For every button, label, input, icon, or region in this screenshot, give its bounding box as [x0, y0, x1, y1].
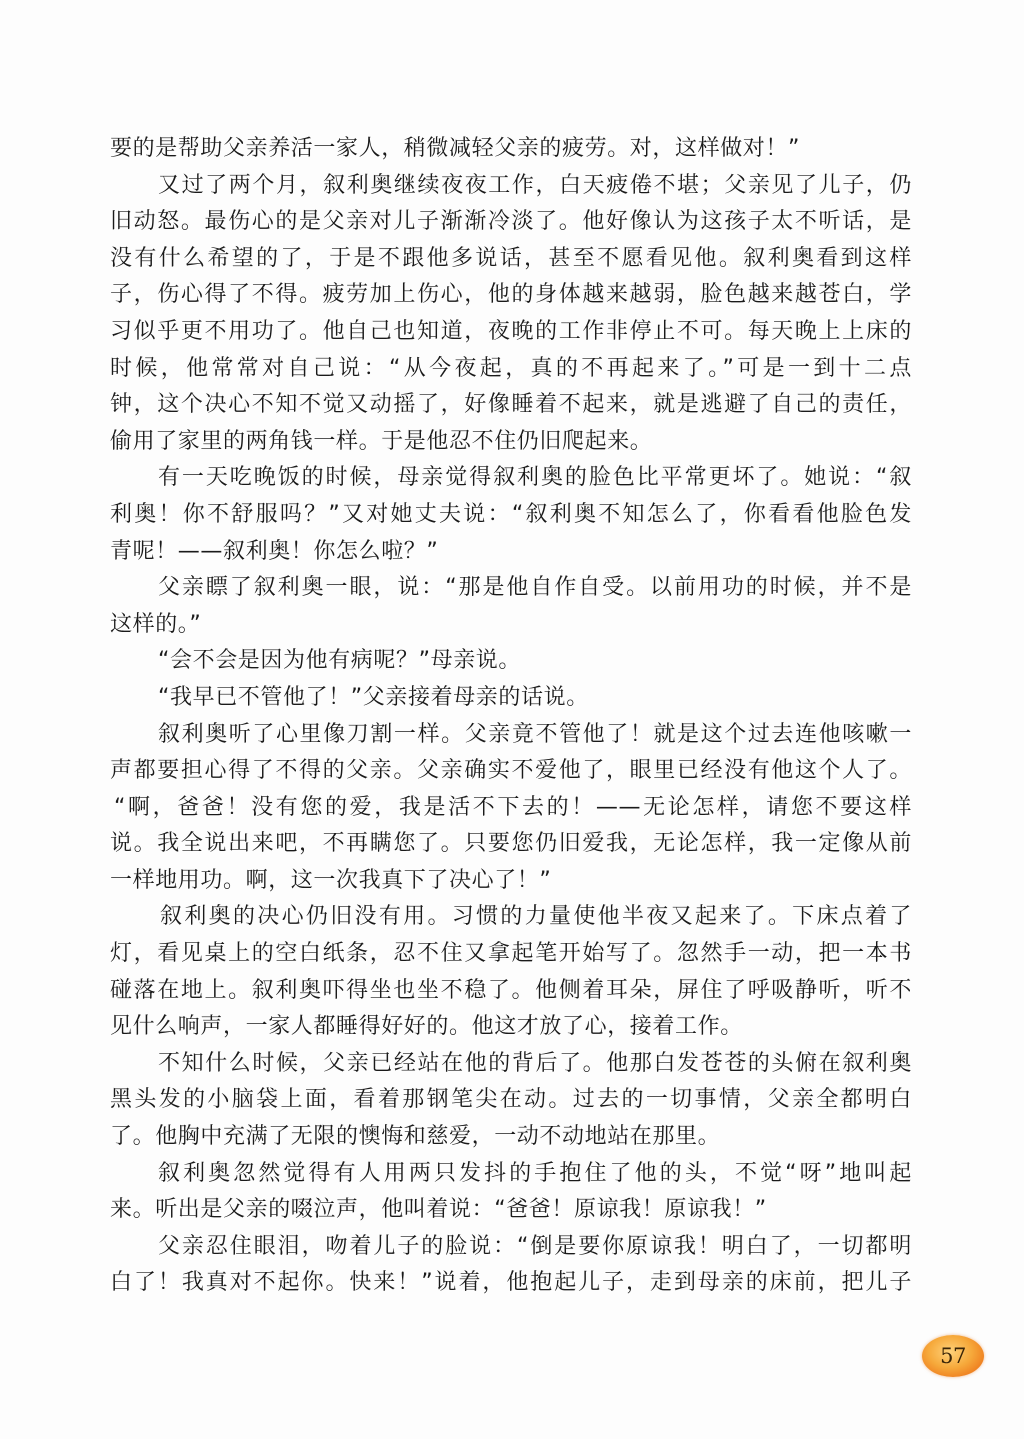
text-line: 叙利奥听了心里像刀割一样。父亲竟不管他了！就是这个过去连他咳嗽一 — [110, 717, 912, 754]
text-line: 见什么响声，一家人都睡得好好的。他这才放了心，接着工作。 — [110, 1009, 912, 1046]
text-line: 父亲瞟了叙利奥一眼，说：“那是他自作自受。以前用功的时候，并不是 — [110, 570, 912, 607]
text-line: 要的是帮助父亲养活一家人，稍微减轻父亲的疲劳。对，这样做对！” — [110, 131, 912, 168]
text-line: 灯，看见桌上的空白纸条，忍不住又拿起笔开始写了。忽然手一动，把一本书 — [110, 936, 912, 973]
text-line: 青呢！——叙利奥！你怎么啦？” — [110, 534, 912, 571]
text-line: 时候，他常常对自己说：“从今夜起，真的不再起来了。”可是一到十二点 — [110, 351, 912, 388]
text-line: 声都要担心得了不得的父亲。父亲确实不爱他了，眼里已经没有他这个人了。 — [110, 753, 912, 790]
text-line: 钟，这个决心不知不觉又动摇了，好像睡着不起来，就是逃避了自己的责任， — [110, 387, 912, 424]
text-line: 有一天吃晚饭的时候，母亲觉得叙利奥的脸色比平常更坏了。她说：“叙 — [110, 460, 912, 497]
text-line: 了。他胸中充满了无限的懊悔和慈爱，一动不动地站在那里。 — [110, 1119, 912, 1156]
text-line: 习似乎更不用功了。他自己也知道，夜晚的工作非停止不可。每天晚上上床的 — [110, 314, 912, 351]
text-line: 碰落在地上。叙利奥吓得坐也坐不稳了。他侧着耳朵，屏住了呼吸静听，听不 — [110, 973, 912, 1010]
text-line: 父亲忍住眼泪，吻着儿子的脸说：“倒是要你原谅我！明白了，一切都明 — [110, 1229, 912, 1266]
text-line: 没有什么希望的了，于是不跟他多说话，甚至不愿看见他。叙利奥看到这样 — [110, 241, 912, 278]
text-line: 叙利奥忽然觉得有人用两只发抖的手抱住了他的头，不觉“呀”地叫起 — [110, 1156, 912, 1193]
text-line: 这样的。” — [110, 607, 912, 644]
text-line: 偷用了家里的两角钱一样。于是他忍不住仍旧爬起来。 — [110, 424, 912, 461]
text-line: 说。我全说出来吧，不再瞒您了。只要您仍旧爱我，无论怎样，我一定像从前 — [110, 826, 912, 863]
body-text: 要的是帮助父亲养活一家人，稍微减轻父亲的疲劳。对，这样做对！”又过了两个月，叙利… — [110, 131, 912, 1302]
text-line: 叙利奥的决心仍旧没有用。习惯的力量使他半夜又起来了。下床点着了 — [110, 899, 912, 936]
text-line: 黑头发的小脑袋上面，看着那钢笔尖在动。过去的一切事情，父亲全都明白 — [110, 1082, 912, 1119]
text-line: 不知什么时候，父亲已经站在他的背后了。他那白发苍苍的头俯在叙利奥 — [110, 1046, 912, 1083]
page-number-badge: 57 — [922, 1335, 984, 1377]
text-line: “啊，爸爸！没有您的爱，我是活不下去的！——无论怎样，请您不要这样 — [110, 790, 912, 827]
text-line: 旧动怒。最伤心的是父亲对儿子渐渐冷淡了。他好像认为这孩子太不听话，是 — [110, 204, 912, 241]
text-line: “我早已不管他了！”父亲接着母亲的话说。 — [110, 680, 912, 717]
text-line: 又过了两个月，叙利奥继续夜夜工作，白天疲倦不堪；父亲见了儿子，仍 — [110, 168, 912, 205]
text-line: “会不会是因为他有病呢？”母亲说。 — [110, 643, 912, 680]
text-line: 一样地用功。啊，这一次我真下了决心了！” — [110, 863, 912, 900]
textbook-page: 要的是帮助父亲养活一家人，稍微减轻父亲的疲劳。对，这样做对！”又过了两个月，叙利… — [0, 0, 1024, 1439]
text-line: 白了！我真对不起你。快来！”说着，他抱起儿子，走到母亲的床前，把儿子 — [110, 1265, 912, 1302]
text-line: 来。听出是父亲的啜泣声，他叫着说：“爸爸！原谅我！原谅我！” — [110, 1192, 912, 1229]
text-line: 利奥！你不舒服吗？”又对她丈夫说：“叙利奥不知怎么了，你看看他脸色发 — [110, 497, 912, 534]
page-number: 57 — [940, 1344, 966, 1368]
text-line: 子，伤心得了不得。疲劳加上伤心，他的身体越来越弱，脸色越来越苍白，学 — [110, 277, 912, 314]
